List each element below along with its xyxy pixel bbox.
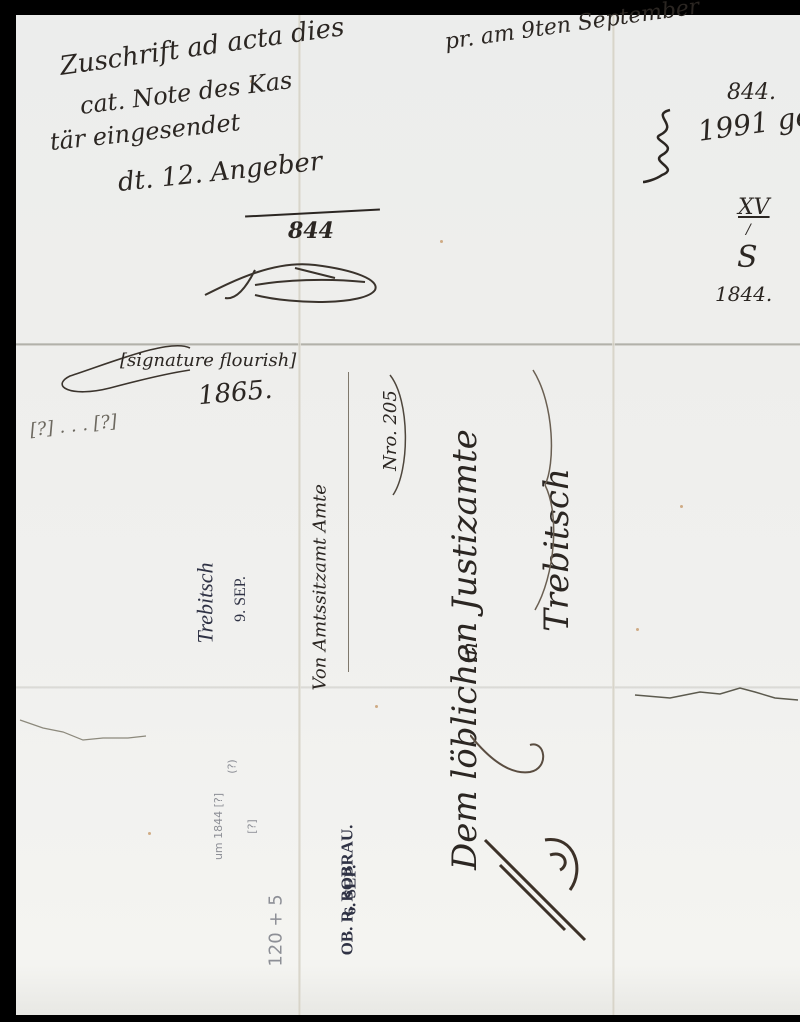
received-year: 844. — [727, 80, 776, 105]
paper-crack-left — [18, 710, 148, 750]
paper-crack-right — [630, 670, 800, 710]
address-preposition: in — [458, 642, 483, 663]
foxing-spot — [636, 628, 639, 631]
postmark-bobrau-date: 6. SEP. — [340, 865, 360, 916]
foxing-spot — [148, 832, 151, 835]
vertical-fold-right — [612, 15, 615, 1015]
monogram — [475, 830, 595, 950]
signature — [195, 250, 395, 310]
address-flourish — [470, 730, 550, 790]
reference-letter: S — [737, 240, 758, 275]
postmark-date: 9. SEP. — [232, 576, 250, 622]
pencil-note-3: [?] — [246, 819, 259, 833]
service-number-bracket — [385, 370, 415, 500]
pencil-note-1: (?) — [226, 759, 239, 773]
foxing-spot — [375, 705, 378, 708]
pencil-price: 120 + 5 — [266, 894, 287, 966]
middle-word: [signature flourish] — [120, 350, 296, 371]
reference-roman: XV — [738, 195, 770, 220]
note-line-5: 844 — [288, 218, 334, 244]
foxing-spot — [680, 505, 683, 508]
pencil-note-2: um 1844 [?] — [212, 793, 225, 860]
service-note: Von Amtssitzamt Amte — [310, 451, 331, 691]
postmark-town: Trebitsch — [193, 562, 219, 643]
service-note-underline — [348, 372, 349, 672]
town-bracket — [525, 365, 565, 615]
reference-year: 1844. — [715, 282, 772, 306]
reference-separator: / — [746, 222, 751, 238]
foxing-spot — [440, 240, 443, 243]
flourish-mark — [640, 100, 690, 185]
